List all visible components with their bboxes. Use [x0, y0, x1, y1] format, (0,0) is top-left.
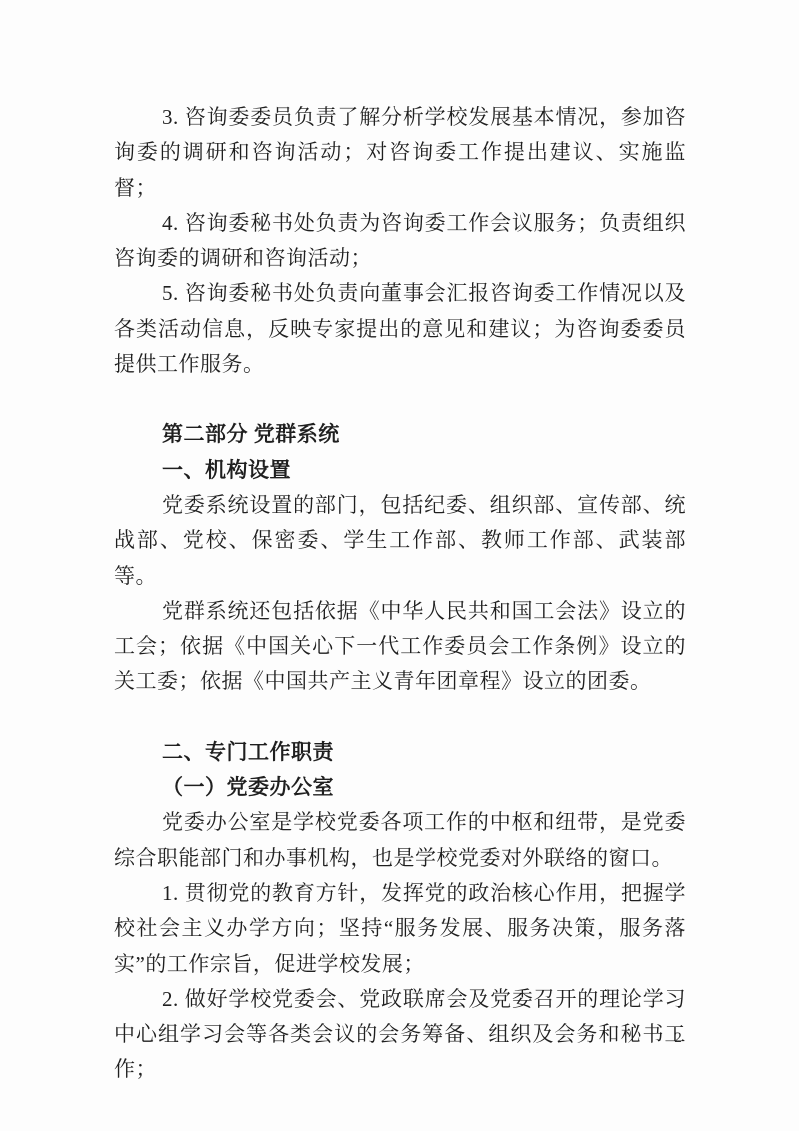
- document-page: 3. 咨询委委员负责了解分析学校发展基本情况，参加咨询委的调研和咨询活动；对咨询…: [0, 0, 799, 1131]
- paragraph-committee-departments: 党委系统设置的部门，包括纪委、组织部、宣传部、统战部、党校、保密委、学生工作部、…: [114, 488, 686, 594]
- paragraph-item-5: 5. 咨询委秘书处负责向董事会汇报咨询委工作情况以及各类活动信息，反映专家提出的…: [114, 276, 686, 382]
- paragraph-item-4: 4. 咨询委秘书处负责为咨询委工作会议服务；负责组织咨询委的调研和咨询活动；: [114, 206, 686, 277]
- paragraph-duty-2: 2. 做好学校党委会、党政联席会及党委召开的理论学习中心组学习会等各类会议的会务…: [114, 982, 686, 1088]
- subsection-heading-party-committee-office: （一）党委办公室: [114, 770, 686, 805]
- page-number: 2: [666, 1028, 690, 1048]
- document-body: 3. 咨询委委员负责了解分析学校发展基本情况，参加咨询委的调研和咨询活动；对咨询…: [114, 100, 686, 1088]
- section-heading-part-two: 第二部分 党群系统: [114, 417, 686, 452]
- subsection-heading-organization-setup: 一、机构设置: [114, 453, 686, 488]
- paragraph-item-3: 3. 咨询委委员负责了解分析学校发展基本情况，参加咨询委的调研和咨询活动；对咨询…: [114, 100, 686, 206]
- subsection-heading-special-duties: 二、专门工作职责: [114, 735, 686, 770]
- paragraph-duty-1: 1. 贯彻党的教育方针，发挥党的政治核心作用，把握学校社会主义办学方向；坚持“服…: [114, 876, 686, 982]
- paragraph-office-role: 党委办公室是学校党委各项工作的中枢和纽带，是党委综合职能部门和办事机构，也是学校…: [114, 805, 686, 876]
- paragraph-mass-organizations: 党群系统还包括依据《中华人民共和国工会法》设立的工会；依据《中国关心下一代工作委…: [114, 594, 686, 700]
